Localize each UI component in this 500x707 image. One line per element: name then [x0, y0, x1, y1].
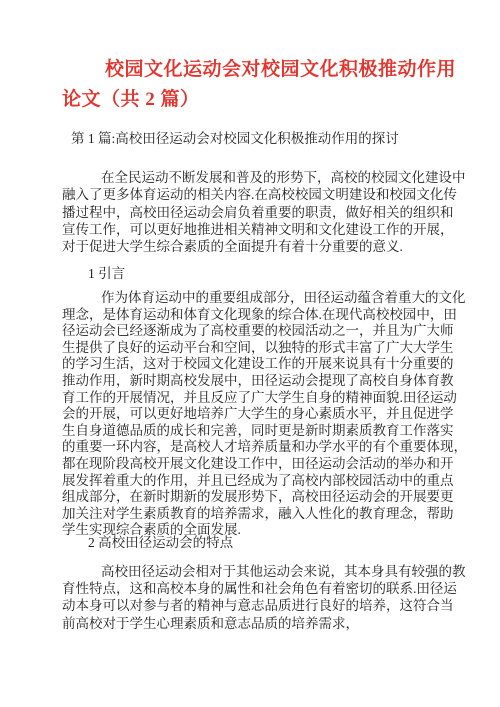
paragraph-line: 径运动会已经逐渐成为了高校重要的校园活动之一，并且为广大师: [62, 323, 467, 340]
paragraph-tedian-body: 高校田径运动会相对于其他运动会来说，其本身具有较强的教 育性特点，这和高校本身的…: [62, 563, 466, 632]
paragraph-line: 加关注对学生素质教育的培养需求，融入人性化的教育理念，帮助: [62, 506, 467, 523]
paragraph-line: 组成部分，在新时期新的发展形势下，高校田径运动会的开展要更: [62, 489, 467, 506]
paragraph-yinyan-body: 作为体育运动中的重要组成部分，田径运动蕴含着重大的文化 理念，是体育运动和体育文…: [62, 290, 467, 539]
paragraph-line: 育性特点，这和高校本身的属性和社会角色有着密切的联系.田径运: [62, 580, 466, 597]
paragraph-line: 融入了更多体育运动的相关内容.在高校校园文明建设和校园文化传: [62, 186, 466, 203]
paragraph-line: 的重要一环内容，是高校人才培养质量和办学水平的有个重要体现，: [62, 439, 467, 456]
paragraph-line: 播过程中，高校田径运动会肩负着重要的职责，做好相关的组织和: [62, 204, 466, 221]
document-page: 校园文化运动会对校园文化积极推动作用 论文（共 2 篇） 第 1 篇:高校田径运…: [0, 0, 500, 707]
section-heading-part1: 第 1 篇:高校田径运动会对校园文化积极推动作用的探讨: [62, 130, 399, 147]
paragraph-line: 展发挥着重大的作用，并且已经成为了高校内部校园活动中的重点: [62, 473, 467, 490]
paragraph-line: 对于促进大学生综合素质的全面提升有着十分重要的意义.: [62, 238, 466, 255]
section-heading-1-yinyan: 1 引言: [62, 265, 125, 282]
paragraph-line: 推动作用，新时期高校发展中，田径运动会提现了高校自身体育教: [62, 373, 467, 390]
paragraph-line: 生自身道德品质的成长和完善，同时更是新时期素质教育工作落实: [62, 423, 467, 440]
paragraph-line: 育工作的开展情况，并且反应了广大学生自身的精神面貌.田径运动: [62, 390, 467, 407]
paragraph-line: 前高校对于学生心理素质和意志品质的培养需求，: [62, 615, 466, 632]
section-heading-2-tedian: 2 高校田径运动会的特点: [62, 534, 233, 551]
paragraph-line: 理念，是体育运动和体育文化现象的综合体.在现代高校校园中，田: [62, 307, 467, 324]
paragraph-line: 会的开展，可以更好地培养广大学生的身心素质水平，并且促进学: [62, 406, 467, 423]
paragraph-line: 的学习生活，这对于校园文化建设工作的开展来说具有十分重要的: [62, 356, 467, 373]
document-title: 校园文化运动会对校园文化积极推动作用 论文（共 2 篇）: [62, 55, 452, 115]
paragraph-line: 高校田径运动会相对于其他运动会来说，其本身具有较强的教: [62, 563, 466, 580]
document-title-line-1: 校园文化运动会对校园文化积极推动作用: [62, 55, 452, 85]
paragraph-line: 在全民运动不断发展和普及的形势下，高校的校园文化建设中: [62, 169, 466, 186]
paragraph-line: 生提供了良好的运动平台和空间，以独特的形式丰富了广大大学生: [62, 340, 467, 357]
paragraph-line: 作为体育运动中的重要组成部分，田径运动蕴含着重大的文化: [62, 290, 467, 307]
paragraph-line: 动本身可以对参与者的精神与意志品质进行良好的培养，这符合当: [62, 597, 466, 614]
paragraph-line: 都在现阶段高校开展文化建设工作中，田径运动会活动的举办和开: [62, 456, 467, 473]
paragraph-intro: 在全民运动不断发展和普及的形势下，高校的校园文化建设中 融入了更多体育运动的相关…: [62, 169, 466, 255]
document-title-line-2: 论文（共 2 篇）: [62, 85, 452, 115]
paragraph-line: 宣传工作，可以更好地推进相关精神文明和文化建设工作的开展，: [62, 221, 466, 238]
